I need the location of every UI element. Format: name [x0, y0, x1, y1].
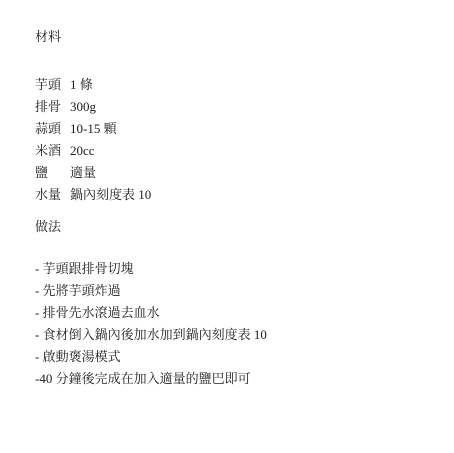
step-line: - 芋頭跟排骨切塊 — [35, 258, 434, 280]
ingredient-value: 20cc — [70, 140, 95, 162]
section-gap — [35, 238, 434, 258]
ingredient-row: 蒜頭 10-15 顆 — [35, 118, 434, 140]
steps-list: - 芋頭跟排骨切塊 - 先將芋頭炸過 - 排骨先水滾過去血水 - 食材倒入鍋內後… — [35, 258, 434, 390]
ingredient-label: 鹽 — [35, 162, 70, 184]
step-line: -40 分鐘後完成在加入適量的鹽巴即可 — [35, 368, 434, 390]
ingredient-value: 1 條 — [70, 74, 93, 96]
ingredient-row: 排骨 300g — [35, 96, 434, 118]
ingredient-label: 水量 — [35, 184, 70, 206]
ingredient-value: 300g — [70, 96, 96, 118]
ingredient-value: 鍋內刻度表 10 — [70, 184, 151, 206]
section-gap — [35, 206, 434, 216]
step-line: - 食材倒入鍋內後加水加到鍋內刻度表 10 — [35, 324, 434, 346]
ingredient-row: 鹽 適量 — [35, 162, 434, 184]
ingredient-label: 蒜頭 — [35, 118, 70, 140]
ingredient-row: 芋頭 1 條 — [35, 74, 434, 96]
section-title-steps: 做法 — [35, 216, 434, 238]
ingredients-list: 芋頭 1 條 排骨 300g 蒜頭 10-15 顆 米酒 20cc 鹽 適量 水… — [35, 74, 434, 206]
step-line: - 先將芋頭炸過 — [35, 280, 434, 302]
ingredient-value: 10-15 顆 — [70, 118, 117, 140]
recipe-document: 材料 芋頭 1 條 排骨 300g 蒜頭 10-15 顆 米酒 20cc 鹽 適… — [0, 0, 454, 453]
section-title-ingredients: 材料 — [35, 26, 434, 48]
step-line: - 啟動褒湯模式 — [35, 346, 434, 368]
ingredient-row: 水量 鍋內刻度表 10 — [35, 184, 434, 206]
ingredient-label: 排骨 — [35, 96, 70, 118]
ingredient-label: 芋頭 — [35, 74, 70, 96]
step-line: - 排骨先水滾過去血水 — [35, 302, 434, 324]
ingredient-value: 適量 — [70, 162, 96, 184]
ingredient-label: 米酒 — [35, 140, 70, 162]
ingredient-row: 米酒 20cc — [35, 140, 434, 162]
section-gap — [35, 48, 434, 74]
